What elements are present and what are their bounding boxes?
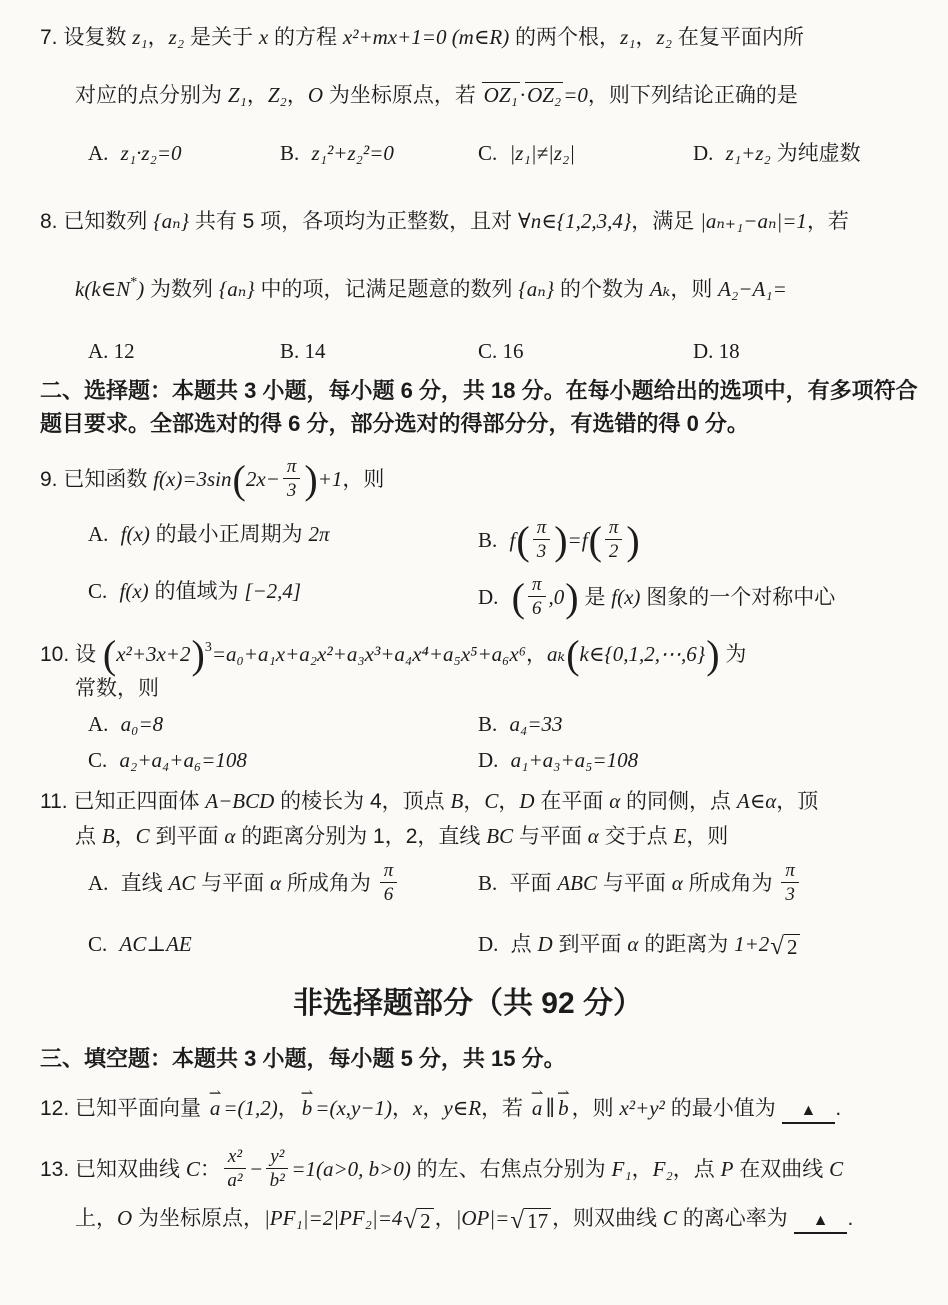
question-11-options-row-1: A. 直线 AC 与平面 α 所成角为 π6 B. 平面 ABC 与平面 α 所… — [40, 862, 922, 907]
text-run: 上， — [75, 1207, 117, 1230]
text-run: ， — [287, 84, 308, 107]
text-run: 直线 — [121, 872, 169, 895]
text-run: 与平面 — [513, 825, 588, 848]
math-run: {aₙ} — [219, 277, 255, 301]
big-paren: ) — [564, 575, 578, 620]
text-run: 9. 已知函数 — [40, 468, 153, 491]
text-run: ， — [422, 1097, 443, 1120]
fraction-denominator: 6 — [528, 597, 546, 619]
math-run: D — [538, 932, 553, 956]
text-run: ，满足 — [631, 210, 700, 233]
question-12-line-1: 12. 已知平面向量 a=(1,2)，b=(x,y−1)，x，y∈R，若 a∥b… — [40, 1093, 922, 1124]
text-run: 的最小正周期为 — [150, 523, 309, 546]
q11-option-a: A. 直线 AC 与平面 α 所成角为 π6 — [88, 862, 478, 907]
math-run: ∀n∈{1,2,3,4} — [518, 209, 631, 233]
text-run: 在复平面内所 — [672, 26, 804, 49]
math-run: z₁+z₂ — [726, 141, 771, 165]
text-run: 对应的点分别为 — [75, 84, 228, 107]
math-run: C — [136, 824, 150, 848]
q8-option-d: D. 18 — [693, 336, 922, 367]
question-9-line-1: 9. 已知函数 f(x)=3sin(2x−π3)+1，则 — [40, 458, 922, 503]
fraction-denominator: b² — [266, 1169, 288, 1191]
text-run: ， — [498, 790, 519, 813]
text-run: 的值域为 — [149, 580, 245, 603]
fraction: π3 — [283, 456, 301, 501]
math-run: z₂ — [169, 25, 184, 49]
text-run: 为坐标原点， — [132, 1207, 264, 1230]
math-run: BC — [486, 824, 513, 848]
math-run: P — [721, 1157, 734, 1181]
big-paren: ( — [565, 632, 579, 677]
math-run: α — [672, 871, 683, 895]
text-run: ， — [115, 825, 136, 848]
text-run: ， — [526, 643, 547, 666]
math-run: C — [663, 1206, 677, 1230]
option-label: A. — [88, 712, 114, 736]
question-9-options-row-1: A. f(x) 的最小正周期为 2π B. f(π3)=f(π2) — [40, 519, 922, 564]
fraction-denominator: 6 — [380, 883, 398, 905]
fraction-denominator: 2 — [605, 540, 623, 562]
vector-arrow: b — [555, 1093, 572, 1123]
vector-arrow: a — [207, 1093, 224, 1123]
square-root: √2 — [403, 1208, 433, 1234]
option-label: B. — [478, 528, 503, 552]
q9-option-a: A. f(x) 的最小正周期为 2π — [88, 519, 478, 564]
text-run: 为数列 — [144, 278, 219, 301]
q8-option-c: C. 16 — [478, 336, 693, 367]
option-label: C. — [478, 141, 503, 165]
math-run: F₂ — [653, 1157, 673, 1181]
math-run: {aₙ} — [153, 209, 189, 233]
text-run: ，则下列结论正确的是 — [588, 84, 798, 107]
option-label: D. — [478, 585, 504, 609]
text-run: ，则 — [670, 278, 718, 301]
option-label: B. 14 — [280, 339, 326, 363]
math-run: B — [102, 824, 115, 848]
option-label: A. — [88, 871, 114, 895]
fraction-numerator: x² — [224, 1146, 246, 1169]
text-run: 的最小值为 — [665, 1097, 782, 1120]
question-7-options: A. z₁·z₂=0 B. z₁²+z₂²=0 C. |z₁|≠|z₂| D. … — [40, 138, 922, 169]
question-9-options-row-2: C. f(x) 的值域为 [−2,4] D. (π6,0) 是 f(x) 图象的… — [40, 576, 922, 621]
option-label: D. — [478, 932, 504, 956]
big-paren: ( — [511, 575, 525, 620]
square-root: √17 — [510, 1208, 551, 1234]
text-run: ， — [278, 1097, 299, 1120]
math-run: z₁ — [620, 25, 635, 49]
text-run: 10. 设 — [40, 643, 102, 666]
text-run: 是 — [579, 586, 612, 609]
fraction: π6 — [528, 574, 546, 619]
math-run: ,0 — [549, 585, 565, 609]
text-run: 8. 已知数列 — [40, 210, 153, 233]
text-run: ， — [392, 1097, 413, 1120]
math-run: z₁²+z₂²=0 — [312, 141, 394, 165]
text-run: 共有 5 项，各项均为正整数，且对 — [189, 210, 518, 233]
math-run: O — [308, 83, 323, 107]
text-run: 11. 已知正四面体 — [40, 790, 205, 813]
text-run: ， — [148, 26, 169, 49]
question-10-line-1: 10. 设 (x²+3x+2)3=a₀+a₁x+a₂x²+a₃x³+a₄x⁴+a… — [40, 633, 922, 670]
text-run: ，点 — [673, 1158, 721, 1181]
q11-option-b: B. 平面 ABC 与平面 α 所成角为 π3 — [478, 862, 922, 907]
q8-option-b: B. 14 — [280, 336, 478, 367]
fraction: π3 — [781, 860, 799, 905]
fraction-denominator: a² — [224, 1169, 246, 1191]
fraction-numerator: π — [283, 456, 301, 479]
text-run: 的距离分别为 1，2，直线 — [235, 825, 486, 848]
math-run: x²+y² — [619, 1096, 664, 1120]
math-run: D — [519, 789, 534, 813]
math-run: =(1,2) — [223, 1096, 277, 1120]
fraction-numerator: π — [605, 517, 623, 540]
math-run: Z₁ — [228, 83, 247, 107]
big-paren: ( — [232, 457, 246, 502]
section-2-header: 二、选择题：本题共 3 小题，每小题 6 分，共 18 分。在每小题给出的选项中… — [40, 374, 922, 440]
fraction-numerator: π — [533, 517, 551, 540]
math-run: |OP|= — [456, 1206, 510, 1230]
math-run: E — [673, 824, 686, 848]
text-run: 点 — [75, 825, 102, 848]
math-run: ABC — [557, 871, 597, 895]
math-run: |z₁|≠|z₂| — [510, 141, 576, 165]
math-run: =1(a>0, b>0) — [291, 1157, 411, 1181]
math-run: k(k∈N — [75, 277, 130, 301]
text-run: 7. 设复数 — [40, 26, 132, 49]
big-paren: ( — [515, 518, 529, 563]
big-paren: ) — [553, 518, 567, 563]
option-label: C. — [88, 932, 113, 956]
math-run: f(x) — [611, 585, 640, 609]
math-run: α — [270, 871, 281, 895]
text-run: ，则 — [342, 468, 384, 491]
text-run: 的距离为 — [638, 933, 734, 956]
math-run: Z₂ — [268, 83, 287, 107]
question-10-line-2: 常数，则 — [40, 674, 922, 704]
option-label: B. — [478, 712, 503, 736]
q9-option-c: C. f(x) 的值域为 [−2,4] — [88, 576, 478, 621]
text-run: 到平面 — [553, 933, 628, 956]
text-run: 为纯虚数 — [771, 142, 861, 165]
overline-vector: OZ₂ — [525, 82, 563, 107]
option-label: C. — [88, 579, 113, 603]
section-2-header-line-1: 二、选择题：本题共 3 小题，每小题 6 分，共 18 分。在每小题给出的选项中… — [40, 374, 922, 407]
math-run: y∈R — [443, 1096, 481, 1120]
question-10-options-row-1: A. a₀=8 B. a₄=33 — [40, 709, 922, 740]
math-run: [−2,4] — [244, 579, 301, 603]
vector-arrow: a — [529, 1093, 546, 1123]
math-run: =f — [568, 528, 588, 552]
q7-option-a: A. z₁·z₂=0 — [88, 138, 280, 169]
radicand: 2 — [417, 1208, 434, 1234]
fraction-numerator: π — [781, 860, 799, 883]
question-10-options-row-2: C. a₂+a₄+a₆=108 D. a₁+a₃+a₅=108 — [40, 745, 922, 776]
option-label: A. 12 — [88, 339, 135, 363]
math-run: z₂ — [657, 25, 672, 49]
text-run: ，则 — [572, 1097, 620, 1120]
text-run: 在双曲线 — [733, 1158, 829, 1181]
section-3-header: 三、填空题：本题共 3 小题，每小题 5 分，共 15 分。 — [40, 1042, 922, 1075]
q8-option-a: A. 12 — [88, 336, 280, 367]
text-run: ， — [247, 84, 268, 107]
vector-arrow: b — [299, 1093, 316, 1123]
text-run: 点 — [511, 933, 538, 956]
text-run: ， — [632, 1158, 653, 1181]
math-run: a₁+a₃+a₅=108 — [511, 748, 638, 772]
question-11-options-row-2: C. AC⊥AE D. 点 D 到平面 α 的距离为 1+2√2 — [40, 929, 922, 960]
radicand: 2 — [784, 934, 801, 960]
math-run: α — [588, 824, 599, 848]
answer-blank: ▲ — [782, 1099, 836, 1124]
option-label: D. — [478, 748, 504, 772]
math-run: C — [484, 789, 498, 813]
math-run: |PF₁|=2|PF₂|=4 — [264, 1206, 402, 1230]
non-mcq-section-heading: 非选择题部分（共 92 分） — [40, 982, 922, 1026]
answer-blank: ▲ — [794, 1209, 848, 1234]
radical-sign: √ — [770, 934, 784, 960]
math-run: f(x) — [120, 579, 149, 603]
q7-option-c: C. |z₁|≠|z₂| — [478, 138, 693, 169]
text-run: ， — [435, 1207, 456, 1230]
math-run: a₄=33 — [510, 712, 563, 736]
math-run: |aₙ₊₁−aₙ|=1 — [700, 209, 807, 233]
text-run: 与平面 — [597, 872, 672, 895]
math-run: α — [627, 932, 638, 956]
option-label: A. — [88, 522, 114, 546]
text-run: ，若 — [481, 1097, 529, 1120]
q7-option-b: B. z₁²+z₂²=0 — [280, 138, 478, 169]
text-run: 的离心率为 — [677, 1207, 794, 1230]
text-run: 12. 已知平面向量 — [40, 1097, 207, 1120]
text-run: . — [835, 1097, 841, 1120]
big-paren: ( — [588, 518, 602, 563]
text-run: 图象的一个对称中心 — [640, 586, 835, 609]
math-run: x — [259, 25, 268, 49]
text-run: 在平面 — [535, 790, 610, 813]
question-8-options: A. 12 B. 14 C. 16 D. 18 — [40, 336, 922, 367]
text-run: 是关于 — [184, 26, 259, 49]
exam-paper-page: 7. 设复数 z₁，z₂ 是关于 x 的方程 x²+mx+1=0 (m∈R) 的… — [0, 0, 948, 1244]
text-run: ，则 — [686, 825, 728, 848]
math-run: AC⊥AE — [120, 932, 192, 956]
q7-option-d: D. z₁+z₂ 为纯虚数 — [693, 138, 922, 169]
q10-option-d: D. a₁+a₃+a₅=108 — [478, 745, 922, 776]
option-label: C. — [88, 748, 113, 772]
text-run: 的左、右焦点分别为 — [411, 1158, 612, 1181]
math-run: f(x) — [121, 522, 150, 546]
text-run: 到平面 — [150, 825, 225, 848]
option-label: D. — [693, 141, 719, 165]
big-paren: ) — [303, 457, 317, 502]
text-run: 常数，则 — [75, 677, 159, 700]
question-13-line-2: 上，O 为坐标原点，|PF₁|=2|PF₂|=4√2，|OP|=√17，则双曲线… — [40, 1203, 922, 1234]
option-label: B. — [478, 871, 503, 895]
question-11-line-2: 点 B，C 到平面 α 的距离分别为 1，2，直线 BC 与平面 α 交于点 E… — [40, 821, 922, 852]
math-run: AC — [169, 871, 196, 895]
text-run: 的同侧，点 — [620, 790, 737, 813]
math-run: x²+3x+2 — [116, 642, 190, 666]
fraction-denominator: 3 — [781, 883, 799, 905]
q10-option-a: A. a₀=8 — [88, 709, 478, 740]
radical-sign: √ — [510, 1208, 524, 1234]
math-run: z₁·z₂=0 — [121, 141, 182, 165]
question-8-line-1: 8. 已知数列 {aₙ} 共有 5 项，各项均为正整数，且对 ∀n∈{1,2,3… — [40, 206, 922, 237]
text-run: . — [847, 1207, 853, 1230]
math-run: O — [117, 1206, 132, 1230]
math-run: − — [249, 1157, 263, 1181]
question-7-line-1: 7. 设复数 z₁，z₂ 是关于 x 的方程 x²+mx+1=0 (m∈R) 的… — [40, 22, 922, 53]
math-run: F₁ — [612, 1157, 632, 1181]
math-run: aₖ — [547, 642, 565, 666]
math-run: α — [224, 824, 235, 848]
math-run: A₂−A₁= — [718, 277, 787, 301]
math-run: =(x,y−1) — [315, 1096, 392, 1120]
square-root: √2 — [770, 934, 800, 960]
math-run: a₀=8 — [121, 712, 163, 736]
fraction-denominator: 3 — [283, 479, 301, 501]
question-13-line-1: 13. 已知双曲线 C：x²a²−y²b²=1(a>0, b>0) 的左、右焦点… — [40, 1148, 922, 1193]
math-run: A∈α — [737, 789, 776, 813]
math-run: ∥ — [545, 1096, 555, 1120]
math-run: 2π — [309, 522, 330, 546]
radical-sign: √ — [403, 1208, 417, 1234]
q10-option-b: B. a₄=33 — [478, 709, 922, 740]
text-run: 为 — [720, 643, 747, 666]
math-run: 1+2 — [734, 932, 769, 956]
fraction-denominator: 3 — [533, 540, 551, 562]
q9-option-d: D. (π6,0) 是 f(x) 图象的一个对称中心 — [478, 576, 922, 621]
fraction: π3 — [533, 517, 551, 562]
superscript: 3 — [205, 640, 212, 655]
q11-option-c: C. AC⊥AE — [88, 929, 478, 960]
math-run: z₁ — [132, 25, 147, 49]
math-run: C — [829, 1157, 843, 1181]
big-paren: ) — [705, 632, 719, 677]
option-label: D. 18 — [693, 339, 740, 363]
fraction: π2 — [605, 517, 623, 562]
option-label: C. 16 — [478, 339, 524, 363]
math-run: x²+mx+1=0 (m∈R) — [343, 25, 509, 49]
math-run: C — [186, 1157, 200, 1181]
math-run: 2x− — [246, 467, 280, 491]
fraction: y²b² — [266, 1146, 288, 1191]
fraction: x²a² — [224, 1146, 246, 1191]
text-run: 的两个根， — [509, 26, 620, 49]
text-run: 13. 已知双曲线 — [40, 1158, 186, 1181]
q11-option-d: D. 点 D 到平面 α 的距离为 1+2√2 — [478, 929, 922, 960]
overline-vector: OZ₁ — [482, 82, 520, 107]
math-run: =0 — [563, 83, 588, 107]
fraction-numerator: π — [528, 574, 546, 597]
fraction-numerator: y² — [266, 1146, 288, 1169]
math-run: +1 — [318, 467, 343, 491]
math-run: a₂+a₄+a₆=108 — [120, 748, 247, 772]
text-run: 的个数为 — [554, 278, 650, 301]
math-run: f(x)=3sin — [153, 467, 231, 491]
text-run: ， — [636, 26, 657, 49]
math-run: k∈{0,1,2,⋯,6} — [580, 642, 706, 666]
math-run: x — [413, 1096, 422, 1120]
text-run: 所成角为 — [683, 872, 779, 895]
text-run: ： — [200, 1158, 221, 1181]
text-run: 所成角为 — [281, 872, 377, 895]
text-run: 交于点 — [599, 825, 674, 848]
math-run: {aₙ} — [518, 277, 554, 301]
text-run: 中的项，记满足题意的数列 — [255, 278, 519, 301]
q9-option-b: B. f(π3)=f(π2) — [478, 519, 922, 564]
q10-option-c: C. a₂+a₄+a₆=108 — [88, 745, 478, 776]
big-paren: ( — [102, 632, 116, 677]
math-run: A−BCD — [205, 789, 274, 813]
question-8-line-2: k(k∈N*) 为数列 {aₙ} 中的项，记满足题意的数列 {aₙ} 的个数为 … — [40, 268, 922, 305]
math-run: =a₀+a₁x+a₂x²+a₃x³+a₄x⁴+a₅x⁵+a₆x⁶ — [212, 642, 526, 666]
text-run: 的棱长为 4，顶点 — [274, 790, 450, 813]
math-run: α — [609, 789, 620, 813]
text-run: 与平面 — [195, 872, 270, 895]
option-label: A. — [88, 141, 114, 165]
text-run: ，若 — [807, 210, 849, 233]
radicand: 17 — [524, 1208, 551, 1234]
text-run: 的方程 — [268, 26, 343, 49]
question-11-line-1: 11. 已知正四面体 A−BCD 的棱长为 4，顶点 B，C，D 在平面 α 的… — [40, 786, 922, 817]
text-run: 为坐标原点，若 — [323, 84, 482, 107]
math-run: B — [451, 789, 464, 813]
option-label: B. — [280, 141, 305, 165]
big-paren: ) — [625, 518, 639, 563]
fraction: π6 — [380, 860, 398, 905]
text-run: ， — [463, 790, 484, 813]
fraction-numerator: π — [380, 860, 398, 883]
text-run: ，顶 — [776, 790, 818, 813]
text-run: 平面 — [510, 872, 558, 895]
big-paren: ) — [190, 632, 204, 677]
question-7-line-2: 对应的点分别为 Z₁，Z₂，O 为坐标原点，若 OZ₁·OZ₂=0，则下列结论正… — [40, 80, 922, 111]
section-2-header-line-2: 题目要求。全部选对的得 6 分，部分选对的得部分分，有选错的得 0 分。 — [40, 407, 922, 440]
math-run: Aₖ — [650, 277, 671, 301]
text-run: ，则双曲线 — [552, 1207, 663, 1230]
